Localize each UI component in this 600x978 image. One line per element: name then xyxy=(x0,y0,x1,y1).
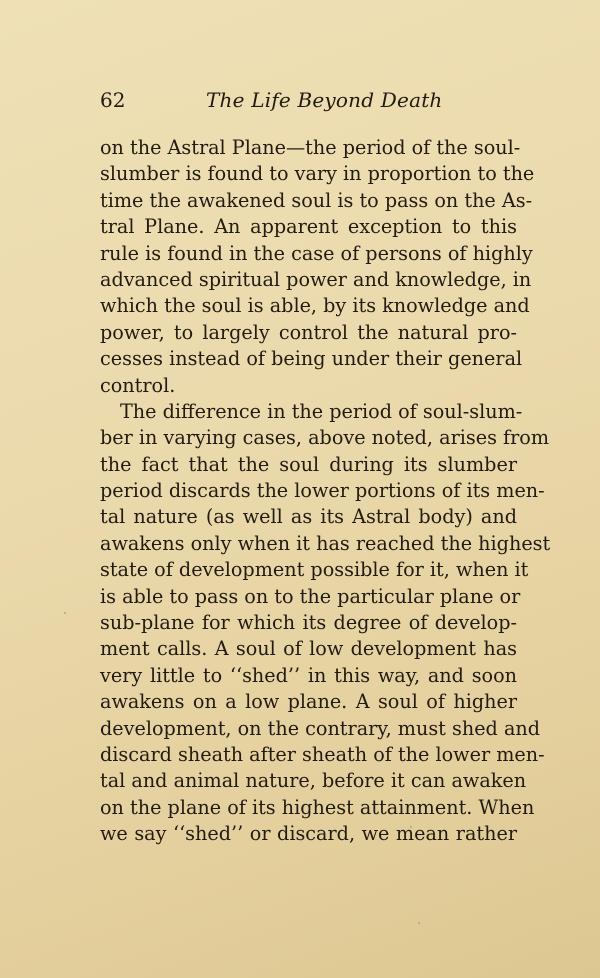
paper-speck xyxy=(410,826,412,828)
text-line: sub-plane for which its degree of develo… xyxy=(100,610,517,636)
text-line: the fact that the soul during its slumbe… xyxy=(100,452,517,478)
paper-speck xyxy=(418,922,420,924)
text-line: ber in varying cases, above noted, arise… xyxy=(100,425,517,451)
text-line: time the awakened soul is to pass on the… xyxy=(100,188,517,214)
text-line: is able to pass on to the particular pla… xyxy=(100,584,517,610)
text-line: slumber is found to vary in proportion t… xyxy=(100,161,517,187)
text-line: we say ‘‘shed’’ or discard, we mean rath… xyxy=(100,821,517,847)
text-line: state of development possible for it, wh… xyxy=(100,557,517,583)
text-line: awakens on a low plane. A soul of higher xyxy=(100,689,517,715)
text-line: The difference in the period of soul-slu… xyxy=(100,399,517,425)
text-line: cesses instead of being under their gene… xyxy=(100,346,517,372)
text-line: which the soul is able, by its knowledge… xyxy=(100,293,517,319)
text-line: period discards the lower portions of it… xyxy=(100,478,517,504)
text-line: tal nature (as well as its Astral body) … xyxy=(100,504,517,530)
text-line: tal and animal nature, before it can awa… xyxy=(100,768,517,794)
text-line: advanced spiritual power and knowledge, … xyxy=(100,267,517,293)
body-text: on the Astral Plane—the period of the so… xyxy=(100,135,517,848)
text-line: tral Plane. An apparent exception to thi… xyxy=(100,214,517,240)
text-line: rule is found in the case of persons of … xyxy=(100,241,517,267)
text-line: awakens only when it has reached the hig… xyxy=(100,531,517,557)
running-header: 62 The Life Beyond Death xyxy=(100,86,520,114)
page-number: 62 xyxy=(100,86,125,114)
text-line: discard sheath after sheath of the lower… xyxy=(100,742,517,768)
running-title: The Life Beyond Death xyxy=(206,86,443,114)
text-line: ment calls. A soul of low development ha… xyxy=(100,636,517,662)
text-line: development, on the contrary, must shed … xyxy=(100,716,517,742)
text-line: on the plane of its highest attainment. … xyxy=(100,795,517,821)
text-line: power, to largely control the natural pr… xyxy=(100,320,517,346)
text-line: on the Astral Plane—the period of the so… xyxy=(100,135,517,161)
text-line: very little to ‘‘shed’’ in this way, and… xyxy=(100,663,517,689)
book-page: 62 The Life Beyond Death on the Astral P… xyxy=(0,0,600,978)
paper-speck xyxy=(64,612,66,614)
text-line: control. xyxy=(100,373,517,399)
